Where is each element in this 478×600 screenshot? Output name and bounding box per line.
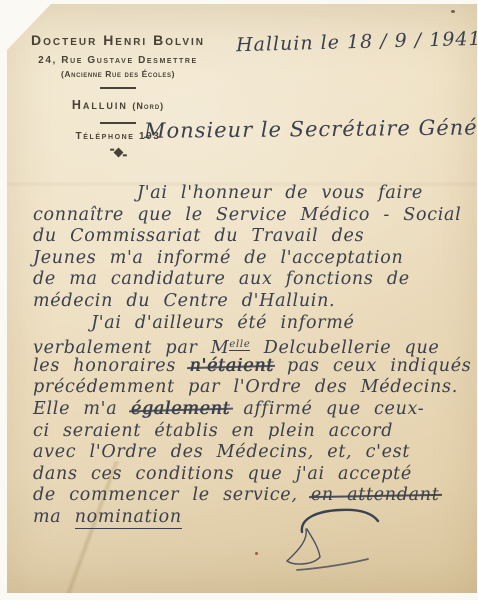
body-line: de ma candidature aux fonctions de	[33, 269, 471, 291]
underlined-word: nomination	[75, 507, 182, 529]
body-line: Jeunes m'a informé de l'acceptation	[33, 248, 471, 270]
body-line-text: pas ceux indiqués	[274, 356, 472, 376]
letterhead-city-name: Halluin	[72, 98, 128, 112]
overwritten-word: n'étaient	[189, 356, 273, 376]
letterhead-address-note: (Ancienne Rue des Écoles)	[12, 69, 224, 79]
paper-speck	[255, 552, 258, 555]
letterhead-divider	[100, 87, 136, 89]
body-line-text: les honoraires	[33, 356, 189, 376]
superscript-abbreviation: elle	[229, 339, 250, 351]
paper-speck	[451, 10, 455, 13]
scanned-letter: Docteur Henri Bolvin 24, Rue Gustave Des…	[0, 0, 478, 600]
letterhead-doctor-name: Docteur Henri Bolvin	[12, 32, 224, 48]
salutation: Monsieur le Secrétaire Général	[144, 115, 478, 143]
signature-flourish	[266, 499, 416, 579]
body-line-text: ma	[33, 507, 75, 527]
body-line: connaître que le Service Médico - Social	[33, 205, 471, 227]
body-line: J'ai d'ailleurs été informé	[33, 313, 471, 335]
body-line: avec l'Ordre des Médecins, et, c'est	[33, 442, 471, 464]
body-line: J'ai l'honneur de vous faire	[33, 183, 471, 205]
body-line: précédemment par l'Ordre des Médecins.	[33, 377, 471, 399]
letter-body: J'ai l'honneur de vous faire connaître q…	[33, 183, 471, 529]
body-line: dans ces conditions que j'ai accepté	[33, 464, 471, 486]
fleuron-icon	[113, 148, 123, 158]
body-line-text: affirmé que ceux-	[230, 399, 424, 419]
body-line: ci seraient établis en plein accord	[33, 421, 471, 443]
body-line: Elle m'a également affirmé que ceux-	[33, 399, 471, 421]
body-line: du Commissariat du Travail des	[33, 226, 471, 248]
overwritten-word: également	[131, 399, 231, 419]
letterhead-divider	[100, 122, 136, 124]
body-line: les honoraires n'étaient pas ceux indiqu…	[33, 356, 471, 378]
letterhead-city-region: (Nord)	[132, 101, 164, 111]
body-line-text: Elle m'a	[33, 399, 131, 419]
body-line: médecin du Centre d'Halluin.	[33, 291, 471, 313]
letterhead-city: Halluin (Nord)	[12, 96, 224, 114]
letterhead-address: 24, Rue Gustave Desmettre	[12, 55, 224, 66]
body-line: verbalement par Melle Delcubellerie que	[33, 334, 471, 356]
